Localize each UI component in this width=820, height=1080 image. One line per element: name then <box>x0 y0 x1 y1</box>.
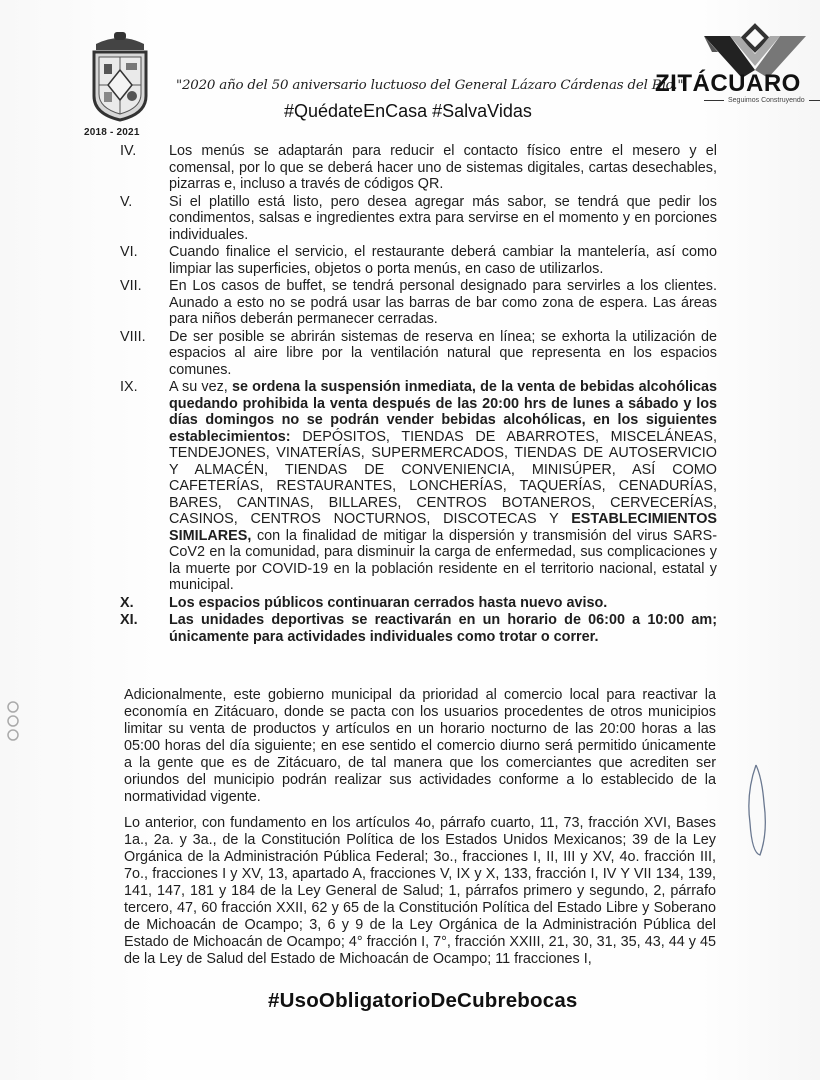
handwritten-mark-icon <box>742 763 772 858</box>
paragraph-legal-basis: Lo anterior, con fundamento en los artíc… <box>124 815 716 968</box>
list-item: X. Los espacios públicos continuaran cer… <box>120 595 717 612</box>
measures-list: IV. Los menús se adaptarán para reducir … <box>120 143 717 646</box>
annual-motto: "2020 año del 50 aniversario luctuoso de… <box>176 78 683 93</box>
header-hashtags: #QuédateEnCasa #SalvaVidas <box>284 101 532 122</box>
list-item: IV. Los menús se adaptarán para reducir … <box>120 143 717 193</box>
zitacuaro-logo-text: ZITÁCUARO <box>655 70 801 98</box>
list-item-alcohol-ban: IX. A su vez, se ordena la suspensión in… <box>120 379 717 594</box>
list-item: XI. Las unidades deportivas se reactivar… <box>120 612 717 645</box>
list-item: VIII. De ser posible se abrirán sistemas… <box>120 329 717 379</box>
item-number: VIII. <box>120 329 150 346</box>
item-text: Los menús se adaptarán para reducir el c… <box>169 143 717 192</box>
list-item: V. Si el platillo está listo, pero desea… <box>120 194 717 244</box>
paragraph-local-commerce: Adicionalmente, este gobierno municipal … <box>124 687 716 806</box>
item-number: VII. <box>120 278 150 295</box>
administration-years: 2018 - 2021 <box>84 127 140 138</box>
item-text: En Los casos de buffet, se tendrá person… <box>169 278 717 327</box>
item-number: VI. <box>120 244 150 261</box>
binder-holes-icon <box>6 700 20 744</box>
municipal-crest-icon <box>88 30 152 122</box>
item-number: IV. <box>120 143 150 160</box>
list-item: VI. Cuando finalice el servicio, el rest… <box>120 244 717 277</box>
item-number: XI. <box>120 612 150 629</box>
footer-hashtag: #UsoObligatorioDeCubrebocas <box>268 989 578 1013</box>
document-page: 2018 - 2021 "2020 año del 50 aniversario… <box>0 0 820 1080</box>
item-number: IX. <box>120 379 150 396</box>
item-text: De ser posible se abrirán sistemas de re… <box>169 329 717 378</box>
item-number: X. <box>120 595 150 612</box>
logo-tagline: Seguimos Construyendo <box>700 97 820 104</box>
item-text: Los espacios públicos continuaran cerrad… <box>169 595 607 611</box>
item-text-intro: A su vez, <box>169 379 232 395</box>
item-text: Si el platillo está listo, pero desea ag… <box>169 194 717 243</box>
item-text: Cuando finalice el servicio, el restaura… <box>169 244 717 277</box>
item-text: Las unidades deportivas se reactivarán e… <box>169 612 717 645</box>
item-number: V. <box>120 194 150 211</box>
list-item: VII. En Los casos de buffet, se tendrá p… <box>120 278 717 328</box>
item-text-rest: con la finalidad de mitigar la dispersió… <box>169 528 717 594</box>
